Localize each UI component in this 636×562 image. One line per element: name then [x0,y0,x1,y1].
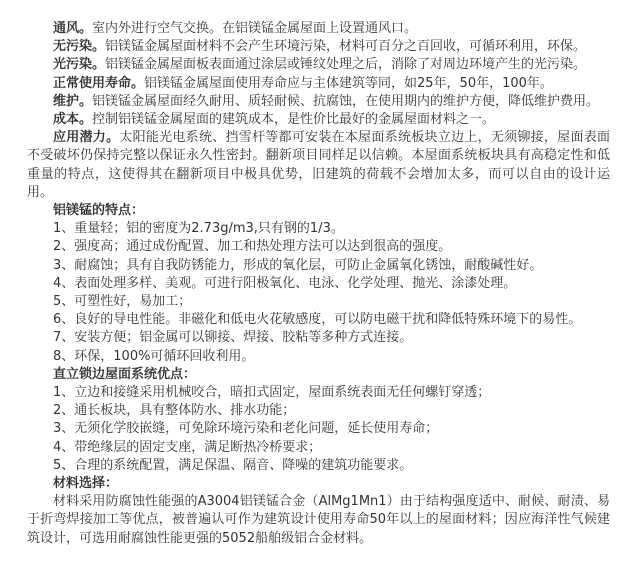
document-body: 通风。室内外进行空气交换。在铝镁锰金属屋面上设置通风口。无污染。铝镁锰金属屋面材… [27,20,610,548]
paragraph: 3、耐腐蚀；具有自我防锈能力，形成的氧化层，可防止金属氧化锈蚀，耐酸碱性好。 [27,257,610,275]
paragraph-lead-label: 正常使用寿命。 [53,76,144,91]
paragraph: 5、可塑性好，易加工； [27,293,610,311]
paragraph: 光污染。铝镁锰金属屋面板表面通过涂层或锤纹处理之后，消除了对周边环境产生的光污染… [27,56,610,74]
paragraph: 3、无须化学胶嵌缝，可免除环境污染和老化问题，延长使用寿命； [27,420,610,438]
paragraph: 2、强度高；通过成份配置、加工和热处理方法可以达到很高的强度。 [27,238,610,256]
section-heading: 材料选择： [27,475,610,493]
paragraph: 6、良好的导电性能。非磁化和低电火花敏感度，可以防电磁干扰和降低特殊环境下的易性… [27,311,610,329]
paragraph: 应用潜力。太阳能光电系统、挡雪杆等都可安装在本屋面系统板块立边上，无须铆接，屋面… [27,129,610,202]
paragraph-lead-label: 维护。 [53,94,92,109]
paragraph: 无污染。铝镁锰金属屋面材料不会产生环境污染，材料可百分之百回收，可循环利用，环保… [27,38,610,56]
section-heading: 铝镁锰的特点： [27,202,610,220]
paragraph: 维护。铝镁锰金属屋面经久耐用、质轻耐候、抗腐蚀，在使用期内的维护方便，降低维护费… [27,93,610,111]
paragraph: 成本。控制铝镁锰金属屋面的建筑成本，是性价比最好的金属屋面材料之一。 [27,111,610,129]
paragraph: 4、表面处理多样、美观。可进行阳极氧化、电泳、化学处理、抛光、涂漆处理。 [27,275,610,293]
paragraph-lead-label: 应用潜力。 [53,130,119,145]
paragraph: 5、合理的系统配置，满足保温、隔音、降噪的建筑功能要求。 [27,457,610,475]
paragraph: 正常使用寿命。铝镁锰金属屋面使用寿命应与主体建筑等同，如25年，50年，100年… [27,75,610,93]
section-heading: 直立锁边屋面系统优点： [27,366,610,384]
paragraph: 8、环保，100%可循环回收利用。 [27,348,610,366]
paragraph-lead-label: 无污染。 [53,39,105,54]
paragraph: 2、通长板块，具有整体防水、排水功能； [27,402,610,420]
paragraph: 4、带绝缘层的固定支座，满足断热冷桥要求； [27,439,610,457]
paragraph: 材料采用防腐蚀性能强的A3004铝镁锰合金（AlMg1Mn1）由于结构强度适中、… [27,493,610,548]
paragraph-lead-label: 光污染。 [53,57,105,72]
document-page: 通风。室内外进行空气交换。在铝镁锰金属屋面上设置通风口。无污染。铝镁锰金属屋面材… [0,0,636,548]
paragraph: 7、安装方便；铝金属可以铆接、焊接、胶粘等多种方式连接。 [27,329,610,347]
paragraph: 1、重量轻；铝的密度为2.73g/m3,只有钢的1/3。 [27,220,610,238]
paragraph-lead-label: 通风。 [53,21,92,36]
paragraph: 通风。室内外进行空气交换。在铝镁锰金属屋面上设置通风口。 [27,20,610,38]
paragraph: 1、立边和接缝采用机械咬合，暗扣式固定，屋面系统表面无任何螺钉穿透； [27,384,610,402]
paragraph-lead-label: 成本。 [53,112,92,127]
